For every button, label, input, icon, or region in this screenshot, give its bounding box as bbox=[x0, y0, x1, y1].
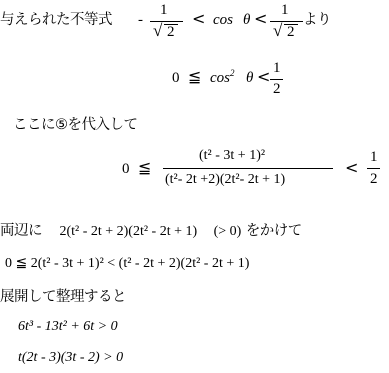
leq-sign: ≦ bbox=[188, 69, 201, 85]
cos-text: cos bbox=[210, 70, 230, 86]
theta-symbol: θ bbox=[246, 70, 253, 86]
fraction-numerator: (t² - 3t + 1)² bbox=[199, 148, 265, 164]
given-inequality-label: 与えられた不等式 bbox=[0, 12, 112, 28]
sqrt-symbol: √ bbox=[153, 23, 162, 39]
cos-label: cos bbox=[213, 12, 233, 28]
minus-sign: - bbox=[138, 12, 143, 28]
expand-simplify-text: 展開して整理すると bbox=[0, 289, 126, 305]
both-sides-label: 両辺に bbox=[0, 223, 42, 239]
less-than: < bbox=[345, 160, 358, 176]
fraction-denominator: (t²- 2t +2)(2t²- 2t + 1) bbox=[165, 172, 285, 188]
sqrt-symbol-2: √ bbox=[273, 23, 282, 39]
exponent: 2 bbox=[230, 68, 235, 78]
positive-condition: (> 0) bbox=[214, 224, 242, 239]
sqrt-argument-2: 2 bbox=[287, 24, 295, 40]
substitute-text: ここに⑤を代入して bbox=[13, 117, 138, 133]
line-cleared-inequality: 0 ≦ 2(t² - 3t + 1)² < (t² - 2t + 2)(2t² … bbox=[5, 256, 249, 272]
less-than-1: < bbox=[192, 11, 205, 27]
fraction-2-numerator: 1 bbox=[281, 2, 289, 18]
cos-label: cos2 bbox=[210, 70, 235, 86]
sqrt-argument: 2 bbox=[167, 24, 175, 40]
zero: 0 bbox=[122, 161, 130, 177]
multiplier-expr: 2(t² - 2t + 2)(2t² - 2t + 1) bbox=[59, 224, 197, 239]
fraction-bar bbox=[270, 79, 283, 80]
half-denominator: 2 bbox=[273, 81, 281, 97]
less-than-2: < bbox=[254, 11, 267, 27]
yori-label: より bbox=[303, 12, 331, 28]
half-fraction-bar bbox=[367, 168, 380, 169]
line-factored-inequality: t(2t - 3)(3t - 2) > 0 bbox=[18, 350, 123, 366]
half-numerator: 1 bbox=[273, 60, 281, 76]
line-multiply-both-sides: 両辺に 2(t² - 2t + 2)(2t² - 2t + 1) (> 0) を… bbox=[0, 223, 302, 240]
fraction-bar bbox=[163, 168, 333, 169]
leq-sign: ≦ bbox=[138, 160, 151, 176]
line-cubic-inequality: 6t³ - 13t² + 6t > 0 bbox=[18, 319, 118, 335]
theta-symbol: θ bbox=[243, 12, 250, 28]
kakete-label: をかけて bbox=[246, 223, 302, 239]
less-than: < bbox=[257, 69, 270, 85]
half-numerator: 1 bbox=[370, 149, 378, 165]
half-denominator: 2 bbox=[370, 171, 378, 187]
zero: 0 bbox=[172, 70, 180, 86]
fraction-1-numerator: 1 bbox=[160, 2, 168, 18]
